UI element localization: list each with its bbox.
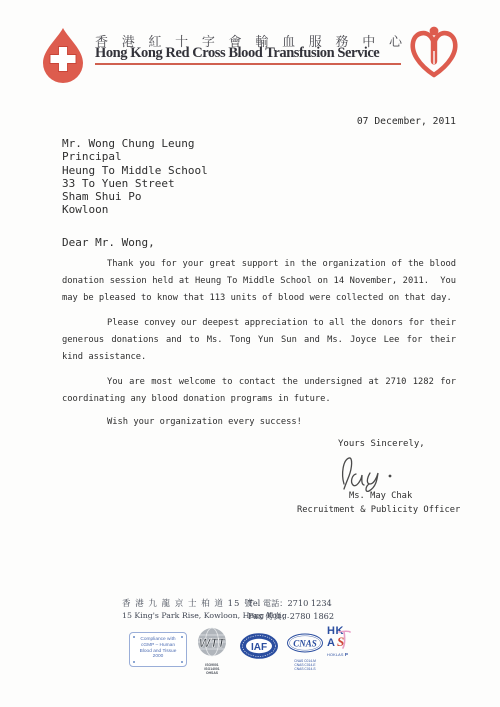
- hkas-logo: HK AS HOKLAS P: [327, 626, 363, 657]
- body-paragraph: Please convey our deepest appreciation t…: [62, 315, 456, 366]
- address-line: Kowloon: [62, 203, 208, 216]
- letter-body: Thank you for your great support in the …: [62, 256, 456, 431]
- badge-corner-dot: [181, 636, 183, 638]
- svg-text:IAF: IAF: [251, 642, 267, 653]
- title-underline: [95, 63, 401, 65]
- tel-label: Tel 電話：: [248, 598, 287, 608]
- letter-date: 07 December, 2011: [357, 116, 456, 127]
- body-paragraph: Thank you for your great support in the …: [62, 256, 456, 307]
- signature: [334, 450, 418, 494]
- cgmp-compliance-badge: Compliance with cGMP – Human Blood and T…: [129, 632, 187, 667]
- fax-number: 2780 1862: [290, 611, 334, 621]
- address-line: Heung To Middle School: [62, 164, 208, 177]
- globe-cert-text: ISO9001 ISO14001 OHSAS: [192, 664, 232, 676]
- badge-corner-dot: [133, 661, 135, 663]
- recipient-address: Mr. Wong Chung Leung Principal Heung To …: [62, 137, 208, 217]
- body-paragraph: You are most welcome to contact the unde…: [62, 374, 456, 408]
- blood-drop-cross-logo: [37, 25, 89, 83]
- globe-certification-logo: WTT ISO9001 ISO14001 OHSAS: [192, 626, 232, 676]
- footer-telfax: Tel 電話：2710 1234 Fax 傳真：2780 1862: [248, 597, 334, 622]
- address-line: 33 To Yuen Street: [62, 177, 208, 190]
- heart-donor-logo: [406, 23, 462, 81]
- org-title-english: Hong Kong Red Cross Blood Transfusion Se…: [95, 45, 407, 62]
- svg-text:WTT: WTT: [199, 636, 227, 650]
- hkas-as-text: AS: [327, 636, 363, 649]
- globe-icon: WTT: [194, 626, 230, 660]
- salutation: Dear Mr. Wong,: [62, 236, 155, 249]
- tel-number: 2710 1234: [287, 598, 331, 608]
- signer-name: Ms. May Chak: [349, 491, 412, 501]
- iaf-logo: IAF: [239, 632, 279, 660]
- fax-line: Fax 傳真：2780 1862: [248, 610, 334, 623]
- address-line: Principal: [62, 150, 208, 163]
- cnas-cert-text: CNAS C014-M CNAS C014-E CNAS C014-S: [285, 659, 325, 671]
- cnas-logo: CNAS CNAS C014-M CNAS C014-E CNAS C014-S: [285, 633, 325, 671]
- cnas-oval-icon: CNAS: [286, 633, 324, 653]
- address-line: Sham Shui Po: [62, 190, 208, 203]
- signer-title: Recruitment & Publicity Officer: [297, 505, 460, 515]
- cgmp-text-line: 2000: [130, 654, 186, 660]
- address-line: Mr. Wong Chung Leung: [62, 137, 208, 150]
- wish-line: Wish your organization every success!: [62, 414, 456, 431]
- fax-label: Fax 傳真：: [248, 611, 290, 621]
- badge-corner-dot: [133, 636, 135, 638]
- tel-line: Tel 電話：2710 1234: [248, 597, 334, 610]
- closing-line: Yours Sincerely,: [338, 439, 425, 449]
- svg-text:CNAS: CNAS: [293, 639, 317, 649]
- letter-page: 香 港 紅 十 字 會 輸 血 服 務 中 心 Hong Kong Red Cr…: [0, 0, 500, 707]
- hkas-pink-stroke-icon: [337, 630, 351, 650]
- badge-corner-dot: [181, 661, 183, 663]
- hoklas-label: HOKLAS P: [327, 652, 363, 657]
